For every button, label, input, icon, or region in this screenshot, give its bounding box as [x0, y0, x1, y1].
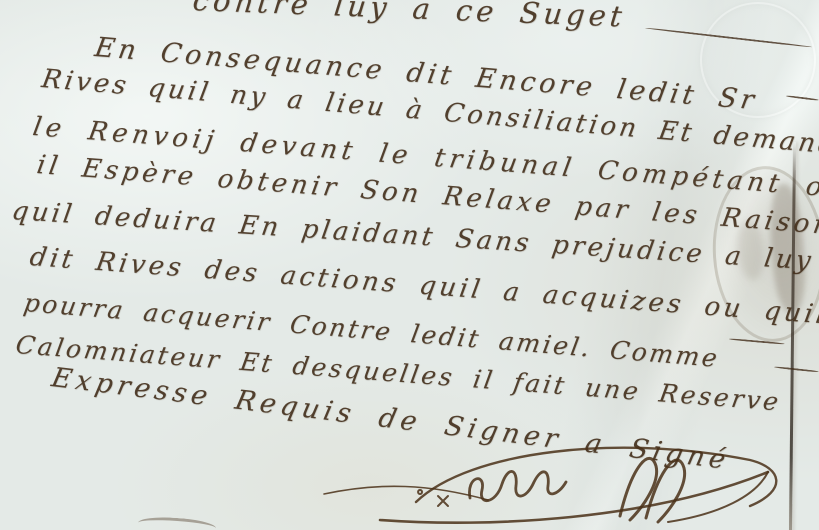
line-filler-dash: [774, 366, 819, 373]
cutoff-text-stroke: [138, 515, 217, 530]
signature-rives: Rives: [320, 432, 800, 530]
manuscript-page: contre luy a ce Suget En Consequance dit…: [0, 0, 819, 530]
manuscript-line: contre luy a ce Suget: [191, 0, 627, 34]
manuscript-line-text: contre luy a ce Suget: [191, 0, 627, 34]
